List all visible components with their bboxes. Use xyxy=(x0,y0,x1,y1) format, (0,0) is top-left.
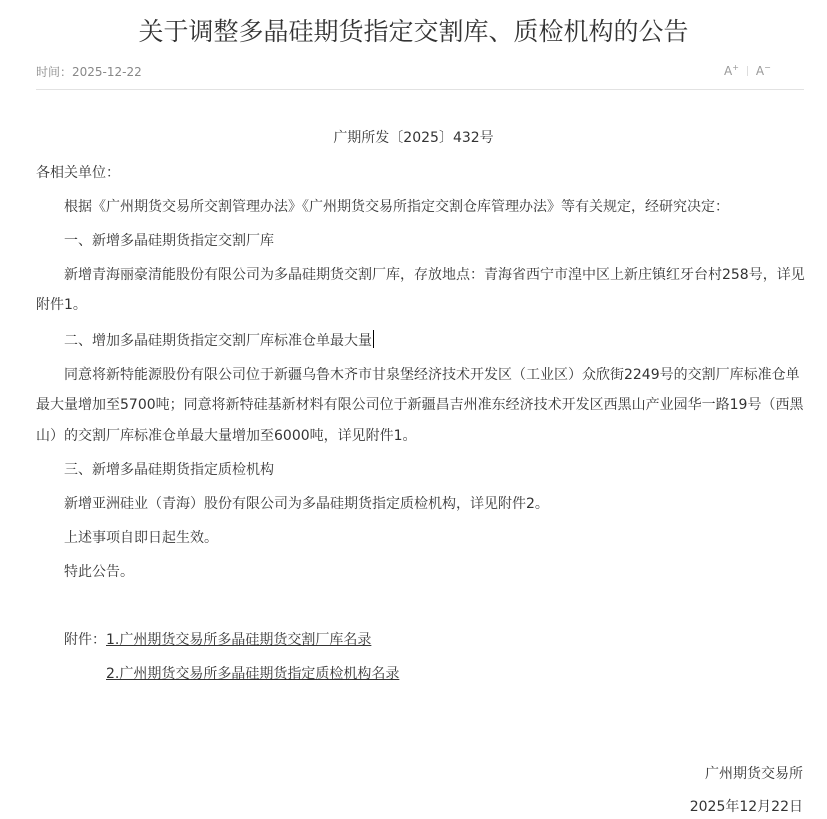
issuer-signature: 广州期货交易所 xyxy=(705,765,803,783)
section1-text-line1: 新增青海丽豪清能股份有限公司为多晶硅期货交割厂库，存放地点：青海省西宁市湟中区上… xyxy=(64,266,805,284)
signature-date: 2025年12月22日 xyxy=(690,798,803,816)
attachments-label: 附件： xyxy=(64,631,106,649)
font-decrease-button[interactable]: A− xyxy=(756,63,771,78)
section1-heading: 一、新增多晶硅期货指定交割厂库 xyxy=(64,232,274,250)
section2-text-line3: 山）的交割厂库标准仓单最大量增加至6000吨，详见附件1。 xyxy=(36,427,417,445)
time-label: 时间： xyxy=(36,65,72,79)
section2-heading: 二、增加多晶硅期货指定交割厂库标准仓单最大量 xyxy=(64,330,374,350)
intro-paragraph: 根据《广州期货交易所交割管理办法》《广州期货交易所指定交割仓库管理办法》等有关规… xyxy=(64,198,729,216)
header-divider xyxy=(36,89,804,90)
text-caret xyxy=(373,330,374,348)
section1-text-line2: 附件1。 xyxy=(36,296,87,314)
font-increase-icon: A xyxy=(724,64,732,78)
salutation: 各相关单位： xyxy=(36,164,120,182)
section3-heading: 三、新增多晶硅期货指定质检机构 xyxy=(64,461,274,479)
effective-statement: 上述事项自即日起生效。 xyxy=(64,529,218,547)
attachment-link-2[interactable]: 2.广州期货交易所多晶硅期货指定质检机构名录 xyxy=(106,665,399,683)
font-increase-button[interactable]: A+ xyxy=(724,63,739,78)
section2-text-line1: 同意将新特能源股份有限公司位于新疆乌鲁木齐市甘泉堡经济技术开发区（工业区）众欣街… xyxy=(64,366,800,384)
attachment-link-1[interactable]: 1.广州期货交易所多晶硅期货交割厂库名录 xyxy=(106,631,371,649)
publish-time: 时间：2025-12-22 xyxy=(36,63,142,80)
font-size-controls: A+ A− xyxy=(724,63,771,78)
page-title: 关于调整多晶硅期货指定交割库、质检机构的公告 xyxy=(0,14,827,50)
section3-text: 新增亚洲硅业（青海）股份有限公司为多晶硅期货指定质检机构，详见附件2。 xyxy=(64,495,549,513)
section2-text-line2: 最大量增加至5700吨；同意将新特硅基新材料有限公司位于新疆昌吉州准东经济技术开… xyxy=(36,396,803,414)
divider xyxy=(747,66,748,76)
time-value: 2025-12-22 xyxy=(72,65,142,79)
closing-statement: 特此公告。 xyxy=(64,563,134,581)
font-decrease-icon: A xyxy=(756,64,764,78)
document-number: 广期所发〔2025〕432号 xyxy=(0,129,827,147)
